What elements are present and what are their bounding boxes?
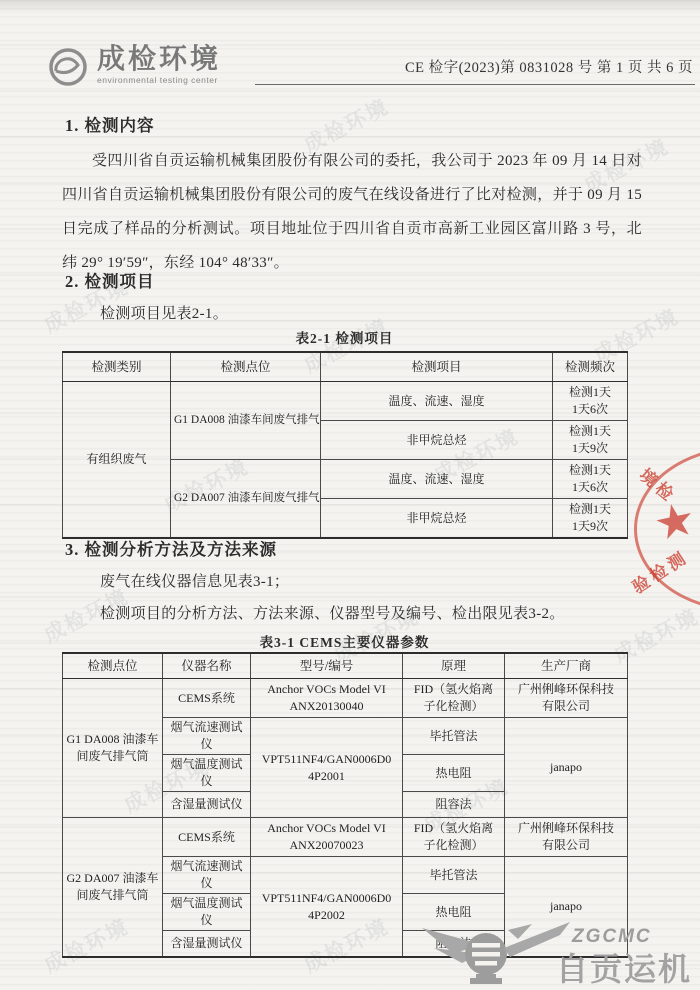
table-row: 有组织废气 G1 DA008 油漆车间废气排气筒 温度、流速、湿度 检测1天 1… <box>63 382 628 421</box>
seal-star-icon: ★ <box>650 494 700 548</box>
cell-point: G1 DA008 油漆车 间废气排气筒 <box>63 679 163 818</box>
cell-principle: 毕托管法 <box>403 718 505 755</box>
cell-item: 非甲烷总烃 <box>321 499 553 539</box>
cell-principle: FID（氢火焰离 子化检测） <box>403 818 505 857</box>
column-header: 仪器名称 <box>163 653 251 679</box>
cell-principle: 热电阻 <box>403 755 505 792</box>
cell-frequency: 检测1天 1天9次 <box>553 499 628 539</box>
seal-ring <box>634 446 700 612</box>
footer-logo-cn: 自贡运机 <box>556 944 692 990</box>
section2-title: 2. 检测项目 <box>65 268 155 292</box>
cell-item: 非甲烷总烃 <box>321 421 553 460</box>
seal-text-top: 境检 <box>635 461 683 507</box>
cell-instrument: 烟气温度测试仪 <box>163 894 251 931</box>
cell-instrument: 烟气温度测试仪 <box>163 755 251 792</box>
scanned-report-page: 成检环境 成检环境 成检环境 成检环境 成检环境 成检环境 成检环境 成检环境 … <box>0 0 700 990</box>
cell-instrument: CEMS系统 <box>163 818 251 857</box>
cell-item: 温度、流速、湿度 <box>321 460 553 499</box>
footer-winch-wings-icon <box>420 916 572 990</box>
table-2-1-title: 表2-1 检测项目 <box>62 327 627 347</box>
cell-manufacturer: 广州俐峰环保科技 有限公司 <box>505 818 628 857</box>
column-header: 型号/编号 <box>251 653 403 679</box>
column-header: 检测点位 <box>171 352 321 382</box>
company-logo: 成检环境 environmental testing center <box>45 44 221 95</box>
cell-point: G2 DA007 油漆车 间废气排气筒 <box>63 818 163 958</box>
section1-title: 1. 检测内容 <box>65 112 155 136</box>
column-header: 检测频次 <box>553 352 628 382</box>
table-3-1: 检测点位 仪器名称 型号/编号 原理 生产厂商 G1 DA008 油漆车 间废气… <box>62 652 628 958</box>
cell-principle: FID（氢火焰离 子化检测） <box>403 679 505 718</box>
cell-category: 有组织废气 <box>63 382 171 539</box>
section3-title: 3. 检测分析方法及方法来源 <box>65 536 277 560</box>
seal-text-bottom: 验检测 <box>626 543 692 598</box>
section3-line2: 检测项目的分析方法、方法来源、仪器型号及编号、检出限见表3-2。 <box>100 602 565 623</box>
document-number: CE 检字(2023)第 0831028 号 第 1 页 共 6 页 <box>255 56 695 85</box>
cell-frequency: 检测1天 1天6次 <box>553 460 628 499</box>
cell-manufacturer: 广州俐峰环保科技 有限公司 <box>505 679 628 718</box>
cell-model: VPT511NF4/GAN0006D0 4P2001 <box>251 718 403 818</box>
cell-model: VPT511NF4/GAN0006D0 4P2002 <box>251 857 403 958</box>
column-header: 原理 <box>403 653 505 679</box>
cell-instrument: 含湿量测试仪 <box>163 931 251 958</box>
table-row: G2 DA007 油漆车 间废气排气筒 CEMS系统 Anchor VOCs M… <box>63 818 628 857</box>
cell-principle: 阻容法 <box>403 792 505 818</box>
column-header: 检测点位 <box>63 653 163 679</box>
logo-text-cn: 成检环境 <box>97 44 221 74</box>
cell-principle: 毕托管法 <box>403 857 505 894</box>
section1-paragraph: 受四川省自贡运输机械集团股份有限公司的委托，我公司于 2023 年 09 月 1… <box>62 144 642 280</box>
table-3-1-title: 表3-1 CEMS主要仪器参数 <box>62 631 627 651</box>
logo-text-en: environmental testing center <box>97 75 221 85</box>
logo-circle-e-icon <box>45 44 91 95</box>
cell-instrument: 烟气流速测试仪 <box>163 857 251 894</box>
section2-intro: 检测项目见表2-1。 <box>100 302 228 323</box>
cell-model: Anchor VOCs Model VI ANX20130040 <box>251 679 403 718</box>
column-header: 检测类别 <box>63 352 171 382</box>
section3-line1: 废气在线仪器信息见表3-1； <box>100 570 289 591</box>
cell-frequency: 检测1天 1天9次 <box>553 421 628 460</box>
cell-manufacturer: janapo <box>505 718 628 818</box>
cell-item: 温度、流速、湿度 <box>321 382 553 421</box>
red-seal-stamp: 境检 ★ 验检测 <box>626 438 700 618</box>
cell-point: G2 DA007 油漆车间废气排气筒 <box>171 460 321 539</box>
column-header: 生产厂商 <box>505 653 628 679</box>
cell-point: G1 DA008 油漆车间废气排气筒 <box>171 382 321 460</box>
cell-instrument: 烟气流速测试仪 <box>163 718 251 755</box>
cell-frequency: 检测1天 1天6次 <box>553 382 628 421</box>
column-header: 检测项目 <box>321 352 553 382</box>
cell-instrument: CEMS系统 <box>163 679 251 718</box>
table-2-1: 检测类别 检测点位 检测项目 检测频次 有组织废气 G1 DA008 油漆车间废… <box>62 351 628 539</box>
table-row: G1 DA008 油漆车 间废气排气筒 CEMS系统 Anchor VOCs M… <box>63 679 628 718</box>
cell-model: Anchor VOCs Model VI ANX20070023 <box>251 818 403 857</box>
cell-instrument: 含湿量测试仪 <box>163 792 251 818</box>
